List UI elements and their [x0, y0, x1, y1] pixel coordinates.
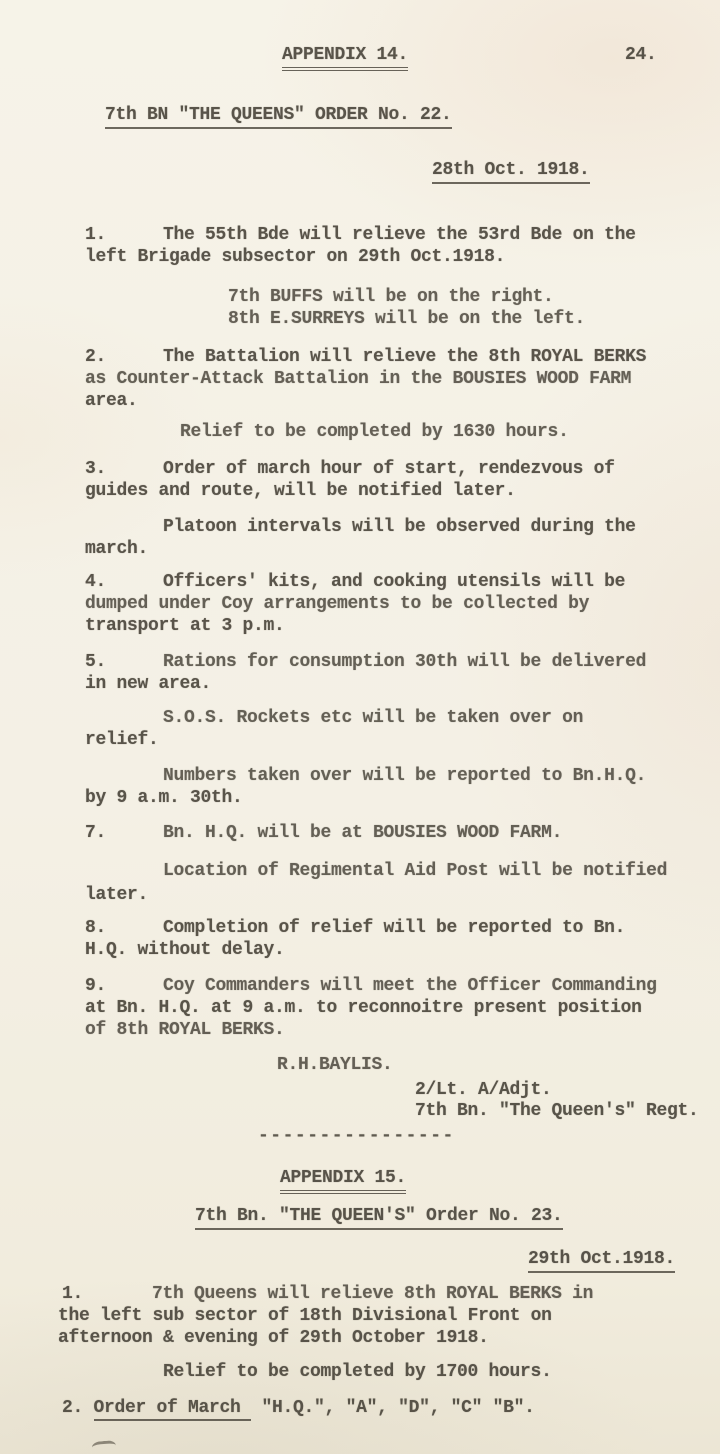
appendix15-subtitle: 7th Bn. "THE QUEEN'S" Order No. 23. — [195, 1206, 563, 1230]
signature-unit: 7th Bn. "The Queen's" Regt. — [415, 1101, 699, 1121]
a14-p7-number: 7. — [85, 823, 106, 843]
a14-p7-line1: Bn. H.Q. will be at BOUSIES WOOD FARM. — [163, 823, 562, 843]
pen-mark — [92, 1440, 117, 1453]
a14-p1-line1: The 55th Bde will relieve the 53rd Bde o… — [163, 225, 636, 245]
a14-p3-line1: Order of march hour of start, rendezvous… — [163, 459, 615, 479]
signature-name: R.H.BAYLIS. — [277, 1055, 393, 1075]
a14-location-line1: Location of Regimental Aid Post will be … — [163, 861, 667, 881]
a14-p5-number: 5. — [85, 652, 106, 672]
a15-relief-line: Relief to be completed by 1700 hours. — [163, 1362, 552, 1382]
a14-p3-line2: guides and route, will be notified later… — [85, 481, 516, 501]
appendix14-title: APPENDIX 14. — [282, 45, 408, 71]
a15-p2-heading: Order of March — [94, 1398, 252, 1421]
a14-p4-number: 4. — [85, 572, 106, 592]
a14-p9-line3: of 8th ROYAL BERKS. — [85, 1020, 285, 1040]
a14-p2-line3: area. — [85, 391, 138, 411]
a14-platoon-line1: Platoon intervals will be observed durin… — [163, 517, 636, 537]
appendix14-subtitle: 7th BN "THE QUEENS" ORDER No. 22. — [105, 105, 452, 129]
a14-p8-line2: H.Q. without delay. — [85, 940, 285, 960]
a14-p4-line2: dumped under Coy arrangements to be coll… — [85, 594, 589, 614]
a14-p9-line1: Coy Commanders will meet the Officer Com… — [163, 976, 657, 996]
a14-p2-line1: The Battalion will relieve the 8th ROYAL… — [163, 347, 646, 367]
a14-p1-line2: left Brigade subsector on 29th Oct.1918. — [85, 247, 505, 267]
document-page: APPENDIX 14. 24. 7th BN "THE QUEENS" ORD… — [0, 0, 720, 1454]
a15-p2-number: 2. — [62, 1398, 94, 1418]
a14-p9-number: 9. — [85, 976, 106, 996]
appendix15-title: APPENDIX 15. — [280, 1168, 406, 1194]
a14-relief-line: Relief to be completed by 1630 hours. — [180, 422, 569, 442]
a14-p3-number: 3. — [85, 459, 106, 479]
a14-numbers-line2: by 9 a.m. 30th. — [85, 788, 243, 808]
a14-p5-line1: Rations for consumption 30th will be del… — [163, 652, 646, 672]
a14-p8-line1: Completion of relief will be reported to… — [163, 918, 625, 938]
signature-rank: 2/Lt. A/Adjt. — [415, 1080, 552, 1100]
a14-p4-line1: Officers' kits, and cooking utensils wil… — [163, 572, 625, 592]
a15-p1-line2: the left sub sector of 18th Divisional F… — [58, 1306, 552, 1326]
a14-flank-right: 7th BUFFS will be on the right. — [228, 287, 554, 307]
appendix14-date: 28th Oct. 1918. — [432, 160, 590, 184]
a14-platoon-line2: march. — [85, 539, 148, 559]
a15-p2-rest: "H.Q.", "A", "D", "C" "B". — [251, 1398, 535, 1418]
a14-p4-line3: transport at 3 p.m. — [85, 616, 285, 636]
a14-sos-line2: relief. — [85, 730, 159, 750]
a14-sos-line1: S.O.S. Rockets etc will be taken over on — [163, 708, 583, 728]
a14-p2-line2: as Counter-Attack Battalion in the BOUSI… — [85, 369, 631, 389]
page-number: 24. — [625, 45, 657, 65]
a14-p8-number: 8. — [85, 918, 106, 938]
a14-flank-left: 8th E.SURREYS will be on the left. — [228, 309, 585, 329]
a15-p1-number: 1. — [62, 1284, 83, 1304]
a14-location-line2: later. — [85, 885, 148, 905]
a15-p1-line3: afternoon & evening of 29th October 1918… — [58, 1328, 489, 1348]
a14-p9-line2: at Bn. H.Q. at 9 a.m. to reconnoitre pre… — [85, 998, 642, 1018]
a14-p2-number: 2. — [85, 347, 106, 367]
appendix15-date: 29th Oct.1918. — [528, 1249, 675, 1273]
a15-p2-line: 2. Order of March "H.Q.", "A", "D", "C" … — [62, 1398, 535, 1418]
section-separator: ---------------- — [258, 1126, 455, 1146]
a15-p1-line1: 7th Queens will relieve 8th ROYAL BERKS … — [152, 1284, 593, 1304]
a14-p5-line2: in new area. — [85, 674, 211, 694]
a14-numbers-line1: Numbers taken over will be reported to B… — [163, 766, 646, 786]
a14-p1-number: 1. — [85, 225, 106, 245]
